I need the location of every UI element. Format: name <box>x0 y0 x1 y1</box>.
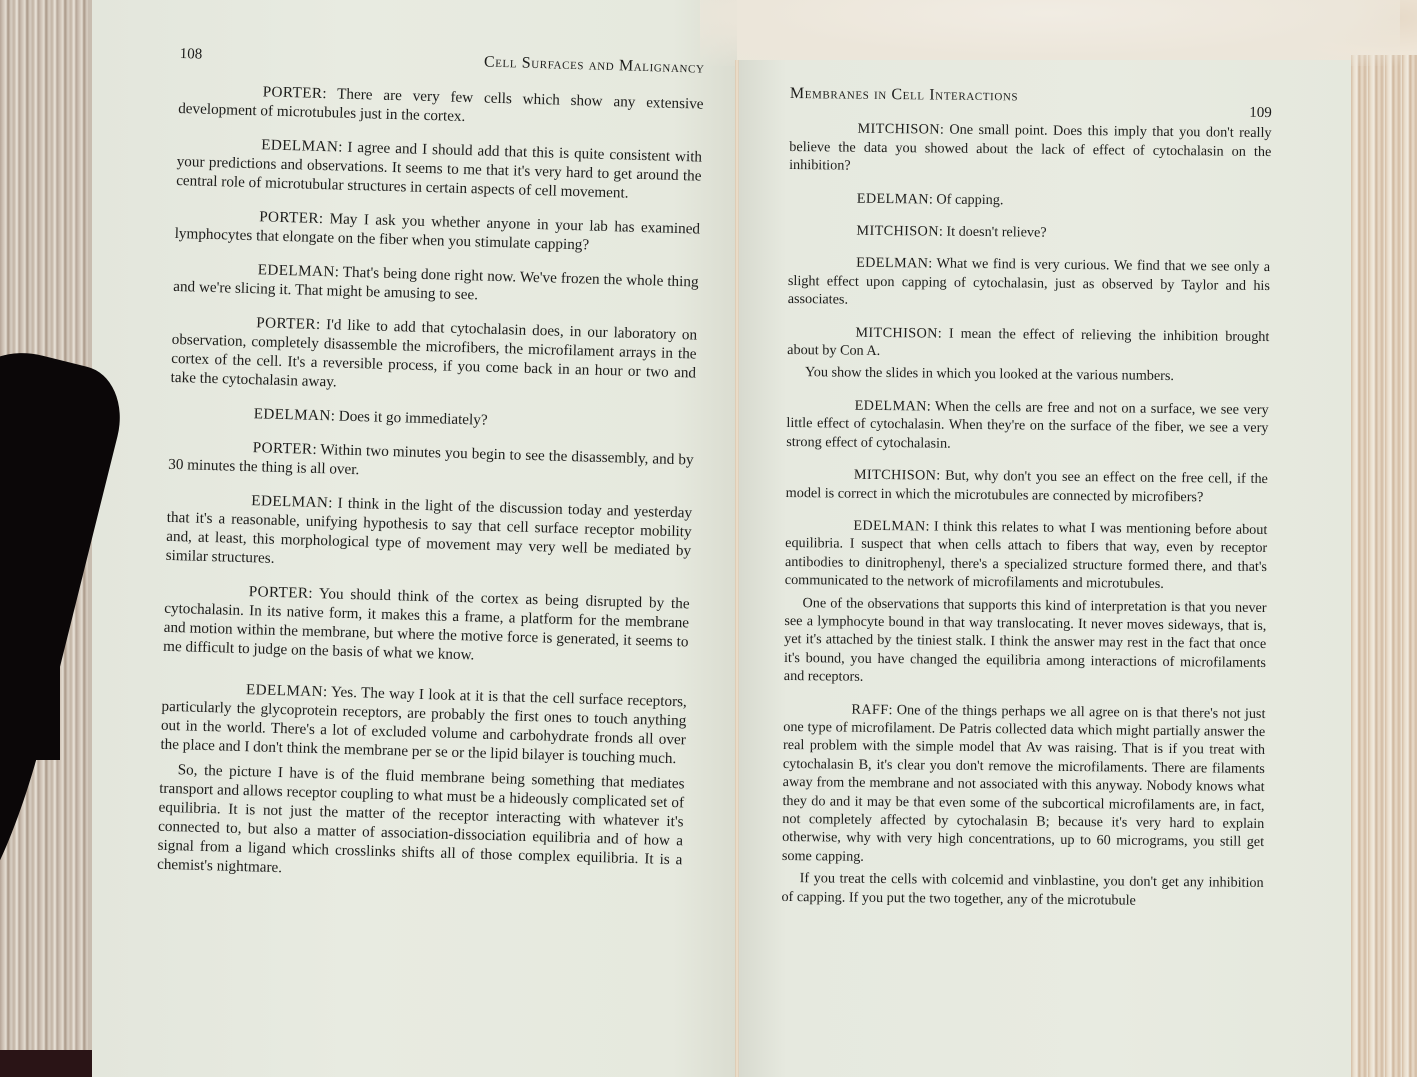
dialogue-paragraph: RAFF: One of the things perhaps we all a… <box>782 700 1266 871</box>
book-cover-corner <box>0 1050 92 1077</box>
speaker-name: EDELMAN <box>856 255 928 272</box>
speaker-name: EDELMAN <box>261 136 338 155</box>
speaker-name: RAFF <box>851 701 888 717</box>
speaker-name: EDELMAN <box>853 518 925 535</box>
speaker-name: PORTER <box>256 314 316 333</box>
paragraph-text: Yes. The way I look at it is that the ce… <box>160 683 687 767</box>
page-number: 108 <box>179 45 202 65</box>
continuation-paragraph: So, the picture I have is of the fluid m… <box>157 760 685 889</box>
continuation-paragraph: You show the slides in which you looked … <box>787 363 1269 386</box>
running-head-title: Membranes in Cell Interactions <box>790 85 1018 106</box>
speaker-name: EDELMAN <box>857 190 929 207</box>
speaker-name: EDELMAN <box>246 681 323 700</box>
dialogue-paragraph: EDELMAN: I think in the light of the dis… <box>165 489 692 580</box>
dialogue-paragraph: EDELMAN: What we find is very curious. W… <box>788 253 1271 313</box>
paragraph-text: Does it go immediately? <box>339 408 488 429</box>
dialogue-paragraph: EDELMAN: Of capping. <box>789 189 1271 212</box>
paragraph-text: I'd like to add that cytochalasin does, … <box>170 316 697 390</box>
speaker-name: PORTER <box>248 583 308 602</box>
dialogue-paragraph: PORTER: There are very few cells which s… <box>178 80 704 133</box>
continuation-paragraph: One of the observations that supports th… <box>784 594 1267 691</box>
speaker-name: MITCHISON <box>857 121 940 138</box>
dialogue-paragraph: MITCHISON: But, why don't you see an eff… <box>786 465 1268 507</box>
paragraph-text: You should think of the cortex as being … <box>163 585 690 663</box>
paragraph-text: That's being done right now. We've froze… <box>173 264 699 304</box>
dialogue-paragraph: MITCHISON: One small point. Does this im… <box>789 119 1272 179</box>
speaker-name: EDELMAN <box>257 261 334 280</box>
speaker-name: PORTER <box>262 83 322 102</box>
paragraph-text: Of capping. <box>936 191 1003 208</box>
dialogue-paragraph: EDELMAN: Yes. The way I look at it is th… <box>160 678 687 769</box>
paragraph-text: If you treat the cells with colcemid and… <box>781 870 1263 908</box>
paragraph-text: So, the picture I have is of the fluid m… <box>157 761 685 876</box>
dialogue-paragraph: MITCHISON: It doesn't relieve? <box>788 221 1270 244</box>
dialogue-paragraph: PORTER: I'd like to add that cytochalasi… <box>170 311 697 402</box>
speaker-name: MITCHISON <box>856 223 939 240</box>
page-number: 109 <box>1249 104 1272 123</box>
paragraph-text: One of the observations that supports th… <box>784 595 1267 685</box>
dialogue-paragraph: EDELMAN: That's being done right now. We… <box>173 258 699 311</box>
paragraph-text: There are very few cells which show any … <box>178 85 704 125</box>
left-page-text: 108 Cell Surfaces and Malignancy PORTER:… <box>156 44 704 903</box>
paragraph-text: I agree and I should add that this is qu… <box>176 139 702 202</box>
spine-top-shadow <box>700 0 1400 66</box>
speaker-name: PORTER <box>253 439 313 458</box>
right-running-head: Membranes in Cell Interactions 109 <box>790 85 1272 108</box>
speaker-name: PORTER <box>259 208 319 227</box>
paragraph-text: One of the things perhaps we all agree o… <box>782 702 1266 865</box>
paragraph-text: May I ask you whether anyone in your lab… <box>174 210 700 253</box>
dialogue-paragraph: EDELMAN: I agree and I should add that t… <box>176 133 702 205</box>
book-gutter <box>735 60 739 1077</box>
right-page-text: Membranes in Cell Interactions 109 MITCH… <box>781 85 1272 925</box>
speaker-name: EDELMAN <box>251 492 328 511</box>
speaker-name: EDELMAN <box>855 398 927 415</box>
dialogue-paragraph: PORTER: Within two minutes you begin to … <box>168 436 694 489</box>
dialogue-paragraph: PORTER: You should think of the cortex a… <box>163 580 690 671</box>
dialogue-paragraph: MITCHISON: I mean the effect of relievin… <box>787 323 1269 365</box>
continuation-paragraph: If you treat the cells with colcemid and… <box>781 869 1263 911</box>
dialogue-paragraph: PORTER: May I ask you whether anyone in … <box>174 205 700 258</box>
paragraph-text: You show the slides in which you looked … <box>805 365 1174 385</box>
paragraph-text: I think in the light of the discussion t… <box>165 495 692 567</box>
dialogue-paragraph: EDELMAN: I think this relates to what I … <box>785 516 1268 595</box>
dialogue-paragraph: EDELMAN: When the cells are free and not… <box>786 396 1269 456</box>
dialogue-paragraph: EDELMAN: Does it go immediately? <box>169 402 694 436</box>
right-page-stack-edge <box>1351 55 1417 1077</box>
speaker-name: MITCHISON <box>854 467 937 484</box>
paragraph-text: Within two minutes you begin to see the … <box>168 441 694 478</box>
paragraph-text: It doesn't relieve? <box>946 224 1046 241</box>
speaker-name: EDELMAN <box>253 405 330 424</box>
speaker-name: MITCHISON <box>855 324 938 341</box>
occluding-finger-base <box>0 560 60 760</box>
